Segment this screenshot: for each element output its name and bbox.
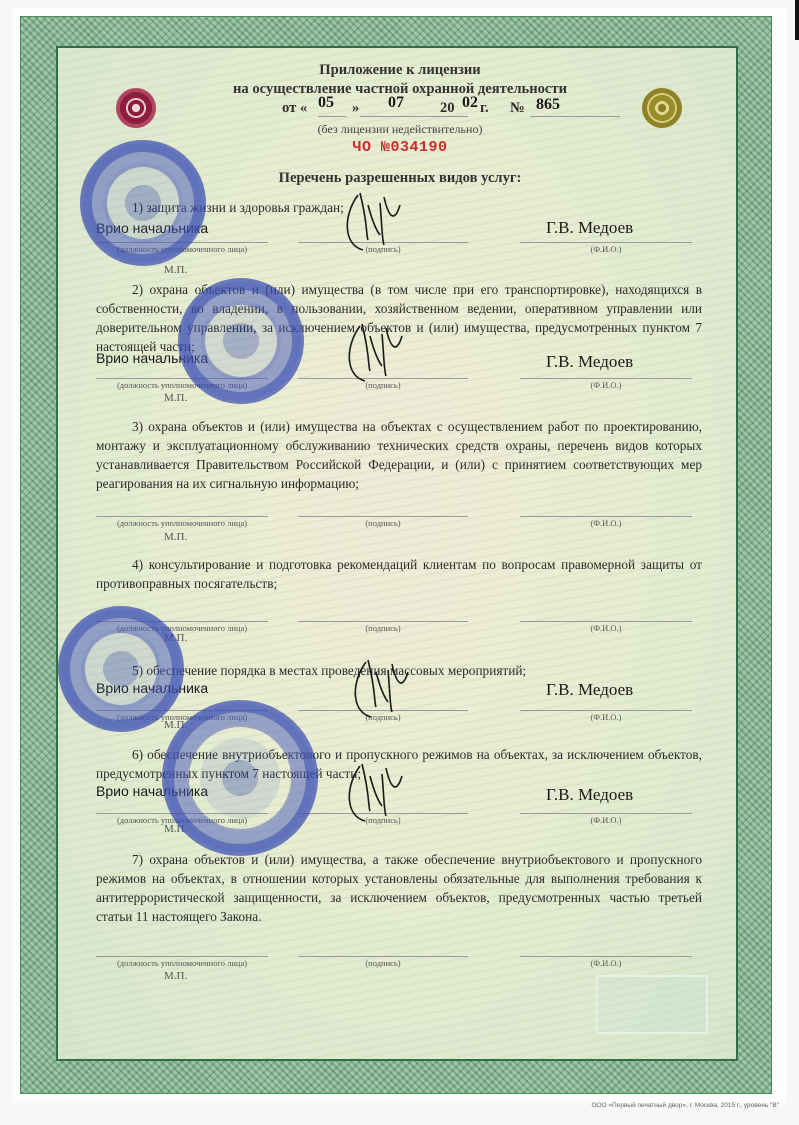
service-item-6: 6) обеспечение внутриобъектового и пропу… (96, 745, 702, 783)
stamp-place-label: М.П. (164, 392, 187, 404)
license-number: 865 (536, 96, 560, 114)
position-caption: (должность уполномоченного лица) (96, 244, 268, 254)
service-item-4: 4) консультирование и подготовка рекомен… (96, 555, 702, 593)
scan-edge (795, 0, 799, 40)
stamp-place-label: М.П. (164, 264, 187, 276)
printer-footer: ООО «Первый печатный двор», г. Москва, 2… (591, 1102, 779, 1109)
signature-caption: (подпись) (298, 244, 468, 254)
stamp-place-label: М.П. (164, 531, 187, 543)
position-line (96, 813, 268, 814)
service-item-7: 7) охрана объектов и (или) имущества, а … (96, 850, 702, 926)
signature-caption: (подпись) (298, 712, 468, 722)
position-line (96, 242, 268, 243)
name-line (520, 813, 692, 814)
signature-line (298, 378, 468, 379)
signer-name: Г.В. Медоев (546, 785, 633, 805)
signer-name: Г.В. Медоев (546, 218, 633, 238)
day-value: 05 (318, 94, 334, 112)
signature-caption: (подпись) (298, 380, 468, 390)
signer-position: Врио начальника (96, 680, 208, 696)
service-item-3: 3) охрана объектов и (или) имущества на … (96, 417, 702, 493)
name-line (520, 956, 692, 957)
rosette-emblem-left-icon (116, 88, 156, 128)
number-label: № (510, 100, 525, 117)
name-line (520, 710, 692, 711)
signature-line (298, 242, 468, 243)
signature-line (298, 956, 468, 957)
signer-position: Врио начальника (96, 220, 208, 236)
signer-position: Врио начальника (96, 783, 208, 799)
name-caption: (Ф.И.О.) (520, 518, 692, 528)
name-caption: (Ф.И.О.) (520, 815, 692, 825)
day-underline (318, 116, 346, 117)
name-caption: (Ф.И.О.) (520, 244, 692, 254)
century: 20 (440, 100, 455, 117)
service-item-2: 2) охрана объектов и (или) имущества (в … (96, 280, 702, 356)
signature-caption: (подпись) (298, 518, 468, 528)
name-caption: (Ф.И.О.) (520, 623, 692, 633)
signer-name: Г.В. Медоев (546, 680, 633, 700)
hologram-area (596, 975, 708, 1034)
signature-line (298, 516, 468, 517)
serial-number: ЧО №034190 (250, 139, 550, 156)
name-line (520, 621, 692, 622)
number-underline (530, 116, 620, 117)
position-caption: (должность уполномоченного лица) (96, 518, 268, 528)
year-value: 02 (462, 94, 478, 112)
signature-row-1: Врио начальника Г.В. Медоев (должность у… (96, 226, 702, 260)
signature-caption: (подпись) (298, 623, 468, 633)
date-prefix: от « (282, 100, 307, 117)
stamp-place-label: М.П. (164, 632, 187, 644)
signature-row-3: (должность уполномоченного лица) (подпис… (96, 500, 702, 534)
services-list-title: Перечень разрешенных видов услуг: (200, 170, 600, 187)
name-line (520, 242, 692, 243)
position-line (96, 516, 268, 517)
stamp-place-label: М.П. (164, 719, 187, 731)
position-line (96, 621, 268, 622)
position-line (96, 956, 268, 957)
position-caption: (должность уполномоченного лица) (96, 958, 268, 968)
signature-row-7: (должность уполномоченного лица) (подпис… (96, 940, 702, 974)
name-line (520, 516, 692, 517)
signature-row-2: Врио начальника Г.В. Медоев (должность у… (96, 362, 702, 396)
signature-line (298, 710, 468, 711)
year-suffix: г. (480, 100, 489, 117)
rosette-emblem-right-icon (642, 88, 682, 128)
service-item-1: 1) защита жизни и здоровья граждан; (96, 198, 702, 217)
name-caption: (Ф.И.О.) (520, 380, 692, 390)
stamp-place-label: М.П. (164, 970, 187, 982)
name-caption: (Ф.И.О.) (520, 712, 692, 722)
signature-caption: (подпись) (298, 958, 468, 968)
validity-note: (без лицензии недействительно) (250, 122, 550, 137)
position-caption: (должность уполномоченного лица) (96, 380, 268, 390)
position-line (96, 378, 268, 379)
stamp-place-label: М.П. (164, 823, 187, 835)
date-mid: » (352, 100, 359, 117)
name-line (520, 378, 692, 379)
signature-caption: (подпись) (298, 815, 468, 825)
signer-position: Врио начальника (96, 350, 208, 366)
signature-line (298, 813, 468, 814)
signature-line (298, 621, 468, 622)
service-item-5: 5) обеспечение порядка в местах проведен… (96, 661, 702, 680)
position-line (96, 710, 268, 711)
title-line-1: Приложение к лицензии (200, 62, 600, 79)
month-value: 07 (388, 94, 404, 112)
name-caption: (Ф.И.О.) (520, 958, 692, 968)
signer-name: Г.В. Медоев (546, 352, 633, 372)
